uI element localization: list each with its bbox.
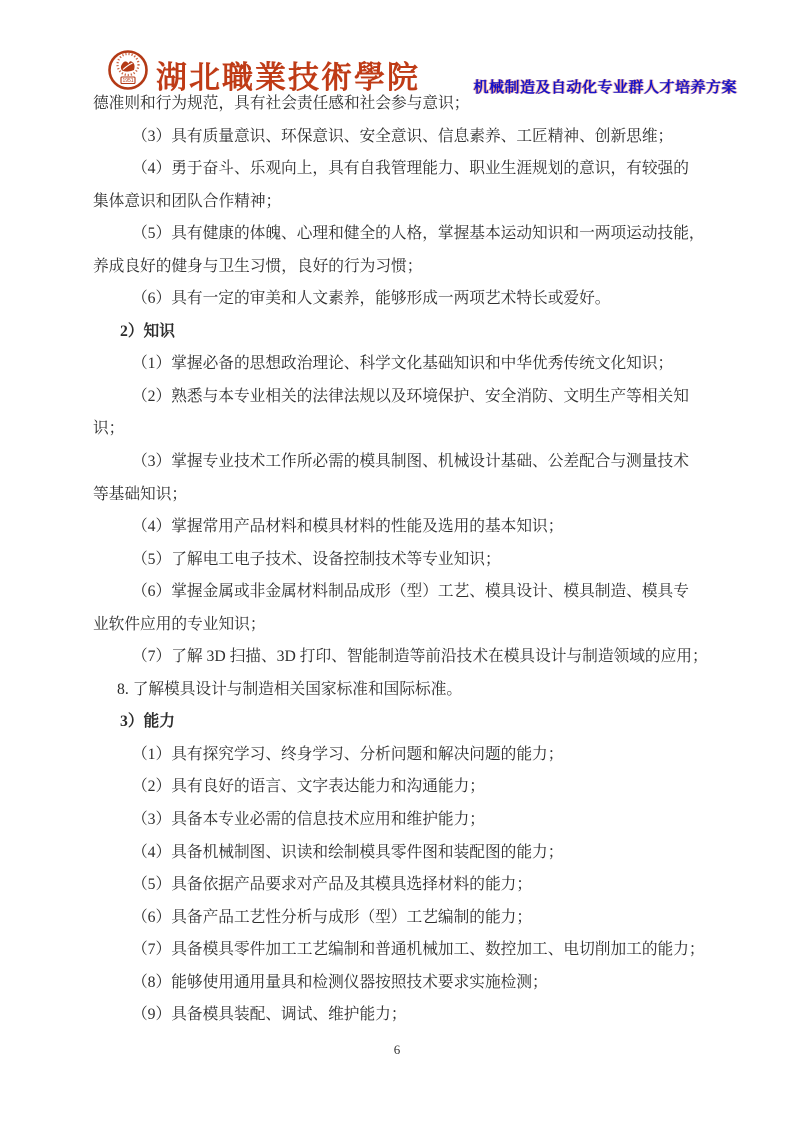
paragraph: （4）掌握常用产品材料和模具材料的性能及选用的基本知识； (93, 511, 705, 544)
text-line: 德准则和行为规范，具有社会责任感和社会参与意识； (93, 88, 705, 121)
text-line: （3）掌握专业技术工作所必需的模具制图、机械设计基础、公差配合与测量技术 (93, 446, 705, 479)
document-page: 1951 湖北職業技術學院 机械制造及自动化专业群人才培养方案 德准则和行为规范… (0, 0, 794, 1123)
paragraph: （1）具有探究学习、终身学习、分析问题和解决问题的能力； (93, 739, 705, 772)
text-line: （1）具有探究学习、终身学习、分析问题和解决问题的能力； (93, 739, 705, 772)
page-number: 6 (394, 1042, 401, 1057)
paragraph: （1）掌握必备的思想政治理论、科学文化基础知识和中华优秀传统文化知识； (93, 348, 705, 381)
text-line: （2）具有良好的语言、文字表达能力和沟通能力； (93, 771, 705, 804)
page-header: 1951 湖北職業技術學院 机械制造及自动化专业群人才培养方案 (0, 0, 794, 100)
text-line: 3）能力 (93, 706, 705, 739)
paragraph: （4）具备机械制图、识读和绘制模具零件图和装配图的能力； (93, 837, 705, 870)
paragraph: （5）了解电工电子技术、设备控制技术等专业知识； (93, 544, 705, 577)
text-line: （5）具有健康的体魄、心理和健全的人格，掌握基本运动知识和一两项运动技能， (93, 218, 705, 251)
text-line: 业软件应用的专业知识； (93, 609, 705, 642)
paragraph: （4）勇于奋斗、乐观向上，具有自我管理能力、职业生涯规划的意识，有较强的集体意识… (93, 153, 705, 218)
text-line: （4）勇于奋斗、乐观向上，具有自我管理能力、职业生涯规划的意识，有较强的 (93, 153, 705, 186)
text-line: （5）具备依据产品要求对产品及其模具选择材料的能力； (93, 869, 705, 902)
text-line: （6）具有一定的审美和人文素养，能够形成一两项艺术特长或爱好。 (93, 283, 705, 316)
text-line: 2）知识 (93, 316, 705, 349)
text-line: 集体意识和团队合作精神； (93, 186, 705, 219)
text-line: （3）具有质量意识、环保意识、安全意识、信息素养、工匠精神、创新思维； (93, 121, 705, 154)
text-line: 养成良好的健身与卫生习惯，良好的行为习惯； (93, 251, 705, 284)
text-line: （5）了解电工电子技术、设备控制技术等专业知识； (93, 544, 705, 577)
paragraph: （3）掌握专业技术工作所必需的模具制图、机械设计基础、公差配合与测量技术等基础知… (93, 446, 705, 511)
paragraph: （9）具备模具装配、调试、维护能力； (93, 999, 705, 1032)
text-line: 等基础知识； (93, 479, 705, 512)
text-line: （3）具备本专业必需的信息技术应用和维护能力； (93, 804, 705, 837)
section-heading: 2）知识 (93, 316, 705, 349)
paragraph: （6）掌握金属或非金属材料制品成形（型）工艺、模具设计、模具制造、模具专业软件应… (93, 576, 705, 641)
text-line: （7）具备模具零件加工工艺编制和普通机械加工、数控加工、电切削加工的能力； (93, 934, 705, 967)
paragraph: （7）了解 3D 扫描、3D 打印、智能制造等前沿技术在模具设计与制造领域的应用… (93, 641, 705, 674)
text-line: （8）能够使用通用量具和检测仪器按照技术要求实施检测； (93, 967, 705, 1000)
text-line: （7）了解 3D 扫描、3D 打印、智能制造等前沿技术在模具设计与制造领域的应用… (93, 641, 705, 674)
document-body: 德准则和行为规范，具有社会责任感和社会参与意识；（3）具有质量意识、环保意识、安… (93, 88, 705, 1032)
emblem-year-text: 1951 (122, 78, 133, 84)
text-line: 识； (93, 413, 705, 446)
text-line: （6）具备产品工艺性分析与成形（型）工艺编制的能力； (93, 902, 705, 935)
paragraph: 德准则和行为规范，具有社会责任感和社会参与意识； (93, 88, 705, 121)
paragraph: （6）具有一定的审美和人文素养，能够形成一两项艺术特长或爱好。 (93, 283, 705, 316)
text-line: 8. 了解模具设计与制造相关国家标准和国际标准。 (93, 674, 705, 707)
paragraph: （2）熟悉与本专业相关的法律法规以及环境保护、安全消防、文明生产等相关知识； (93, 381, 705, 446)
paragraph: （5）具备依据产品要求对产品及其模具选择材料的能力； (93, 869, 705, 902)
paragraph: （3）具有质量意识、环保意识、安全意识、信息素养、工匠精神、创新思维； (93, 121, 705, 154)
school-emblem-icon: 1951 (108, 50, 148, 90)
text-line: （9）具备模具装配、调试、维护能力； (93, 999, 705, 1032)
text-line: （1）掌握必备的思想政治理论、科学文化基础知识和中华优秀传统文化知识； (93, 348, 705, 381)
section-heading: 3）能力 (93, 706, 705, 739)
text-line: （6）掌握金属或非金属材料制品成形（型）工艺、模具设计、模具制造、模具专 (93, 576, 705, 609)
paragraph: （3）具备本专业必需的信息技术应用和维护能力； (93, 804, 705, 837)
text-line: （4）具备机械制图、识读和绘制模具零件图和装配图的能力； (93, 837, 705, 870)
paragraph: （5）具有健康的体魄、心理和健全的人格，掌握基本运动知识和一两项运动技能，养成良… (93, 218, 705, 283)
text-line: （4）掌握常用产品材料和模具材料的性能及选用的基本知识； (93, 511, 705, 544)
paragraph: 8. 了解模具设计与制造相关国家标准和国际标准。 (93, 674, 705, 707)
page-footer: 6 (0, 1042, 794, 1058)
text-line: （2）熟悉与本专业相关的法律法规以及环境保护、安全消防、文明生产等相关知 (93, 381, 705, 414)
paragraph: （6）具备产品工艺性分析与成形（型）工艺编制的能力； (93, 902, 705, 935)
paragraph: （2）具有良好的语言、文字表达能力和沟通能力； (93, 771, 705, 804)
paragraph: （7）具备模具零件加工工艺编制和普通机械加工、数控加工、电切削加工的能力； (93, 934, 705, 967)
paragraph: （8）能够使用通用量具和检测仪器按照技术要求实施检测； (93, 967, 705, 1000)
